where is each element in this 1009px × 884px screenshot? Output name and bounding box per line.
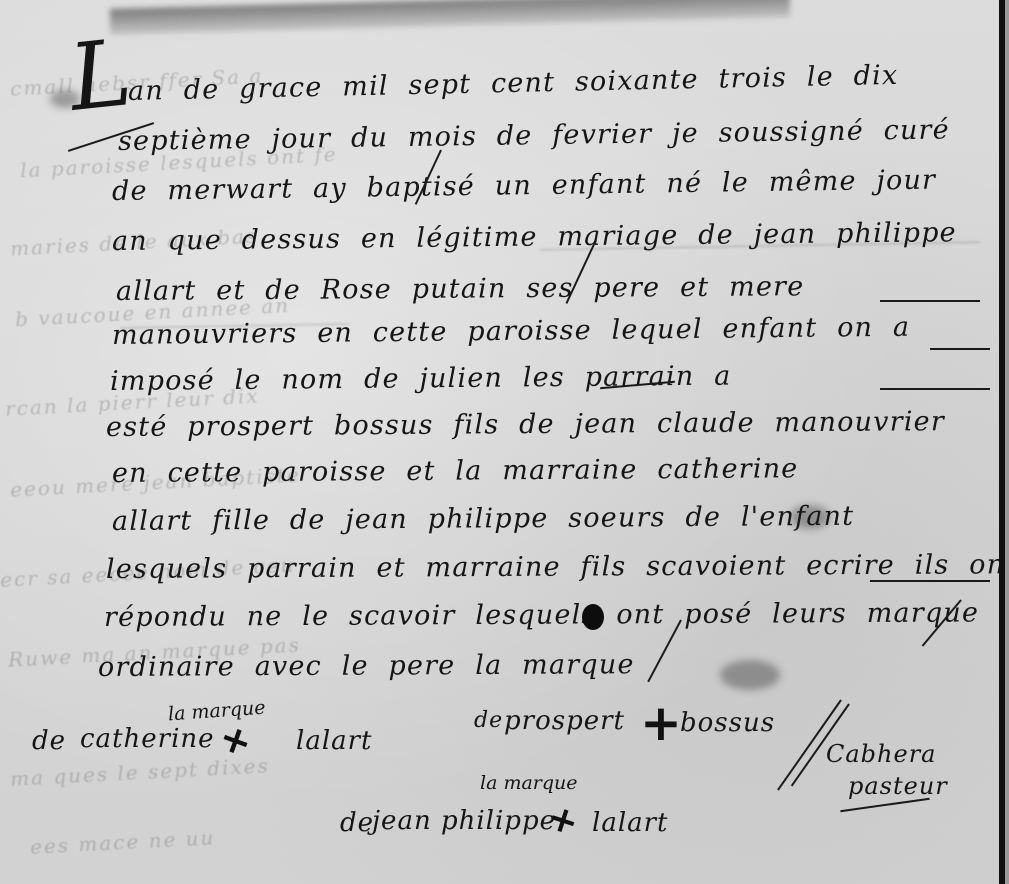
line-end-flourish [870, 580, 990, 582]
record-line-7: imposé le nom de julien les parrain a [110, 361, 732, 397]
initial-letter: L [65, 27, 135, 125]
line-end-flourish [880, 388, 990, 390]
ink-smudge [790, 505, 830, 529]
record-line-12: répondu ne le scavoir lesquels ont posé … [104, 597, 979, 633]
jean-philippe-name: jean philippe [372, 806, 556, 836]
page-binding-edge [999, 0, 1005, 884]
pastor-title: pasteur [848, 772, 948, 800]
line-end-flourish [930, 348, 990, 350]
ink-blot [582, 604, 604, 630]
jean-philippe-surname: lalart [592, 808, 669, 838]
record-line-5: allart et de Rose putain ses pere et mer… [116, 271, 805, 307]
catherine-mark-label: la marque [167, 697, 266, 726]
catherine-surname: lalart [296, 726, 373, 756]
register-page: cmall nebsr ffer Sa a la paroisse lesque… [0, 0, 1009, 884]
page-edge-shade [1005, 0, 1009, 884]
prospert-surname: bossus [680, 708, 775, 738]
prospert-prefix: de [474, 708, 503, 733]
record-line-8: esté prospert bossus fils de jean claude… [106, 406, 945, 443]
record-line-2: septième jour du mois de fevrier je sous… [118, 114, 950, 157]
record-line-9: en cette paroisse et la marraine catheri… [112, 453, 799, 489]
prospert-cross-mark: + [640, 694, 682, 752]
pastor-name: Cabhera [826, 740, 936, 768]
line-end-flourish [880, 300, 980, 302]
jean-philippe-prefix: de [340, 808, 374, 838]
ink-smudge [50, 90, 80, 108]
prospert-name: prospert [504, 706, 625, 736]
jean-philippe-cross-mark: + [542, 796, 583, 844]
catherine-prefix: de [32, 726, 66, 756]
catherine-name: catherine [80, 724, 215, 754]
record-line-10: allart fille de jean philippe soeurs de … [112, 501, 854, 537]
record-line-4: an que dessus en légitime mariage de jea… [112, 217, 957, 257]
ink-smudge [720, 660, 780, 690]
previous-entry-smudge [110, 0, 790, 35]
jean-philippe-mark-label: la marque [480, 772, 578, 794]
record-line-13: ordinaire avec le pere la marque [98, 649, 635, 683]
bleed-through-text: ees mace ne uu [29, 825, 215, 859]
